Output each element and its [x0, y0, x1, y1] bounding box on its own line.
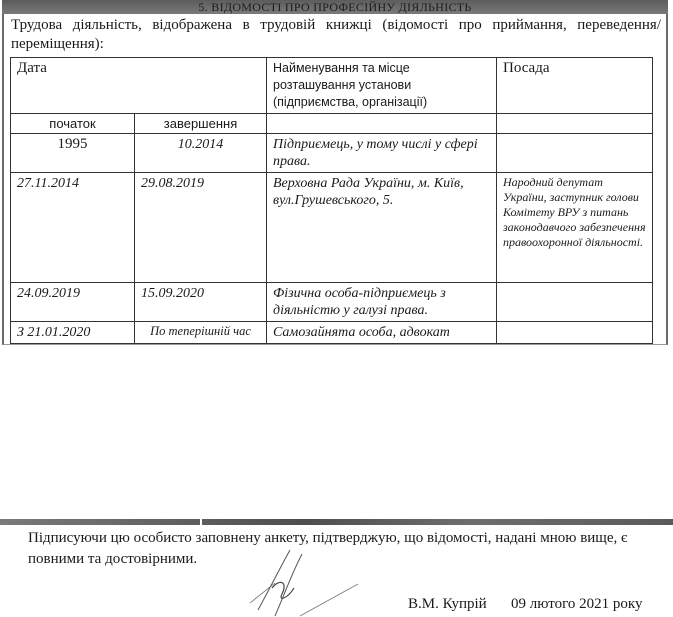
table-row: 1995 10.2014 Підприємець, у тому числі у… — [11, 134, 653, 173]
subheader-empty-organization — [267, 114, 497, 134]
row-start: 24.09.2019 — [11, 283, 135, 322]
subheader-empty-position — [497, 114, 653, 134]
section-title: 5. ВІДОМОСТІ ПРО ПРОФЕСІЙНУ ДІЯЛЬНІСТЬ — [2, 0, 668, 14]
signer-name: В.М. Купрій — [408, 596, 487, 613]
row-position — [497, 322, 653, 344]
row-start: З 21.01.2020 — [11, 322, 135, 344]
row-end: 15.09.2020 — [135, 283, 267, 322]
row-start: 1995 — [11, 134, 135, 173]
employment-table: Дата Найменування та місце розташування … — [10, 57, 653, 344]
row-position — [497, 283, 653, 322]
section-divider — [0, 519, 673, 525]
table-header-row: Дата Найменування та місце розташування … — [11, 58, 653, 114]
header-position: Посада — [497, 58, 653, 114]
subheader-end: завершення — [135, 114, 267, 134]
row-end: 29.08.2019 — [135, 173, 267, 283]
row-organization: Підприємець, у тому числі у сфері права. — [267, 134, 497, 173]
section-intro: Трудова діяльність, відображена в трудов… — [11, 16, 661, 54]
table-row: 27.11.2014 29.08.2019 Верховна Рада Укра… — [11, 173, 653, 283]
subheader-start: початок — [11, 114, 135, 134]
row-end: 10.2014 — [135, 134, 267, 173]
row-organization: Самозайнята особа, адвокат — [267, 322, 497, 344]
table-subheader-row: початок завершення — [11, 114, 653, 134]
row-end: По теперішній час — [135, 322, 267, 344]
signature-date: 09 лютого 2021 року — [511, 596, 642, 613]
header-organization: Найменування та місце розташування устан… — [267, 58, 497, 114]
row-organization: Верховна Рада України, м. Київ, вул.Груш… — [267, 173, 497, 283]
table-row: 24.09.2019 15.09.2020 Фізична особа-підп… — [11, 283, 653, 322]
signature-icon — [230, 548, 360, 617]
table-row: З 21.01.2020 По теперішній час Самозайня… — [11, 322, 653, 344]
row-position: Народний депутат України, заступник голо… — [497, 173, 653, 283]
row-start: 27.11.2014 — [11, 173, 135, 283]
row-organization: Фізична особа-підприємець з діяльністю у… — [267, 283, 497, 322]
header-date: Дата — [11, 58, 267, 114]
row-position — [497, 134, 653, 173]
